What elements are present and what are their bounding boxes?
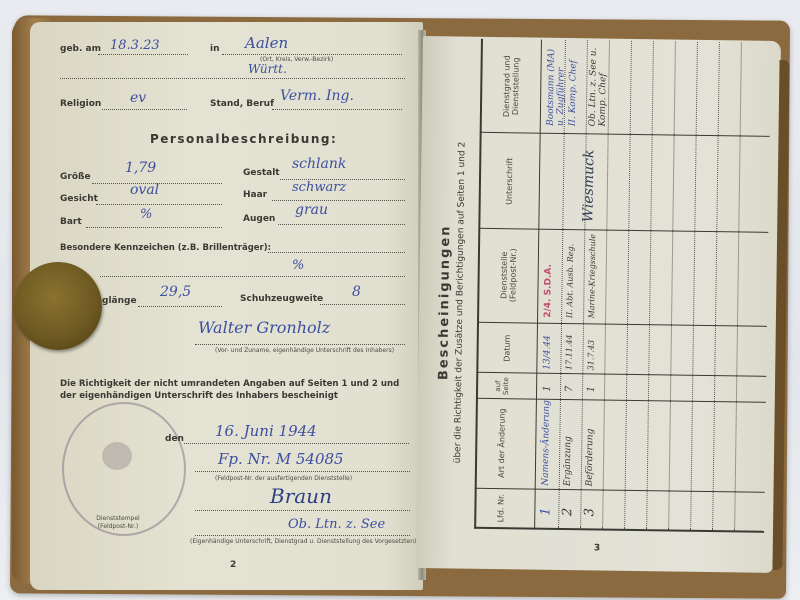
holder-signature-caption: (Vor- und Zuname, eigenhändige Unterschr… bbox=[215, 347, 394, 354]
section-title: Personalbeschreibung: bbox=[150, 132, 337, 146]
field-label-eyes: Augen bbox=[243, 214, 275, 224]
eagle-emblem-icon bbox=[102, 442, 132, 470]
stamp-caption: Dienststempel (Feldpost-Nr.) bbox=[88, 515, 148, 531]
field-label-hair: Haar bbox=[243, 190, 267, 200]
issuing-unit-value: Fp. Nr. M 54085 bbox=[218, 450, 344, 468]
col-header-signature: Unterschrift bbox=[504, 135, 514, 227]
shoe-length-label: glänge bbox=[102, 296, 137, 306]
birth-region: Württ. bbox=[248, 62, 287, 76]
date-label: den bbox=[165, 434, 184, 444]
col-header-date: Datum bbox=[502, 325, 512, 371]
officer-signature-caption: (Eigenhändige Unterschrift, Dienstgrad u… bbox=[190, 538, 416, 545]
row-rank: II. Komp. Chef bbox=[568, 60, 579, 126]
occupation-label: Stand, Beruf bbox=[210, 99, 274, 109]
row-type: Beförderung bbox=[585, 429, 596, 487]
certifications-table-rotated: Bescheinigungen über die Richtigkeit der… bbox=[416, 36, 781, 573]
row-nr: 2 bbox=[560, 508, 575, 516]
certification-text: Die Richtigkeit der nicht umrandeten Ang… bbox=[60, 378, 410, 402]
row-date: 31.7.43 bbox=[586, 340, 595, 371]
field-value-build: schlank bbox=[292, 156, 346, 172]
row-date: 17.11.44 bbox=[564, 334, 573, 370]
field-value-hair: schwarz bbox=[292, 180, 346, 195]
row-type: Ergänzung bbox=[563, 436, 574, 486]
special-marks-label: Besondere Kennzeichen (z.B. Brillenträge… bbox=[60, 243, 271, 253]
religion-label: Religion bbox=[60, 99, 101, 109]
row-unit: 2/4. S.D.A. bbox=[543, 264, 554, 318]
right-page: Bescheinigungen über die Richtigkeit der… bbox=[416, 36, 781, 573]
birth-place: Aalen bbox=[245, 34, 288, 52]
field-label-build: Gestalt bbox=[243, 168, 280, 178]
birth-label: geb. am bbox=[60, 44, 101, 54]
field-value-beard: % bbox=[140, 207, 152, 222]
col-header-nr: Lfd. Nr. bbox=[496, 491, 505, 525]
row-unit: II. Abt. Ausb. Reg. bbox=[565, 244, 575, 318]
shoe-length-value: 29,5 bbox=[160, 284, 191, 300]
shoe-width-label: Schuhzeugweite bbox=[240, 294, 323, 304]
row-page: 7 bbox=[564, 386, 575, 393]
row-signature: Wiesmuck bbox=[580, 150, 597, 223]
holder-signature: Walter Gronholz bbox=[198, 318, 330, 337]
row-nr: 1 bbox=[538, 507, 553, 515]
birth-date: 18.3.23 bbox=[110, 38, 160, 53]
page-number-right: 3 bbox=[594, 543, 600, 553]
field-value-height: 1,79 bbox=[125, 160, 156, 176]
row-page: 1 bbox=[542, 385, 553, 392]
field-label-face: Gesicht bbox=[60, 194, 98, 204]
field-value-face: oval bbox=[130, 182, 159, 198]
occupation-value: Verm. Ing. bbox=[280, 88, 354, 104]
shoe-width-value: 8 bbox=[352, 284, 361, 300]
row-type: Namens-Änderung bbox=[541, 400, 552, 486]
page-number-left: 2 bbox=[230, 560, 236, 570]
col-header-page: auf Seite bbox=[494, 375, 510, 397]
officer-signature: Braun bbox=[270, 484, 332, 508]
issuing-unit-caption: (Feldpost-Nr. der ausfertigenden Diensts… bbox=[215, 475, 352, 482]
field-label-beard: Bart bbox=[60, 217, 82, 227]
coin bbox=[14, 262, 102, 350]
religion-value: ev bbox=[130, 90, 146, 106]
field-value-eyes: grau bbox=[295, 202, 328, 218]
row-rank: Ob. Ltn. z. See u. Komp. Chef bbox=[588, 38, 609, 126]
col-header-type: Art der Änderung bbox=[497, 401, 507, 485]
col-header-rank: Dienstgrad und Dienststellung bbox=[502, 41, 521, 131]
officer-rank: Ob. Ltn. z. See bbox=[288, 517, 385, 532]
row-date: 13/4.44 bbox=[542, 335, 552, 370]
row-unit: Marine-Kriegsschule bbox=[587, 234, 597, 319]
col-header-unit: Dienststelle (Feldpost-Nr.) bbox=[499, 231, 518, 319]
special-marks-value: % bbox=[292, 258, 304, 273]
row-nr: 3 bbox=[582, 508, 597, 516]
birth-place-label: in bbox=[210, 44, 220, 54]
row-page: 1 bbox=[586, 386, 597, 393]
date-value: 16. Juni 1944 bbox=[215, 422, 317, 440]
field-label-height: Größe bbox=[60, 172, 91, 182]
